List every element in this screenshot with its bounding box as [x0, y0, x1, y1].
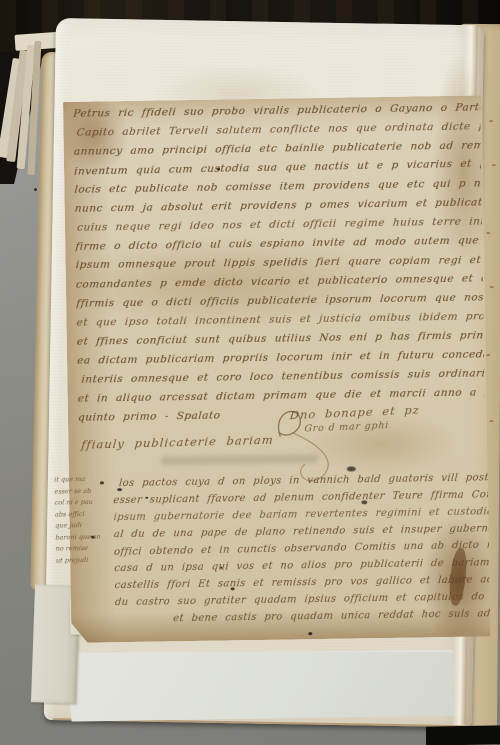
- margin-note: it que ma: [54, 473, 117, 486]
- margin-note: no remise: [55, 542, 118, 555]
- ink-speck: [486, 232, 490, 234]
- margin-note: que judi: [55, 519, 118, 532]
- margin-note: col ni e pau: [54, 496, 117, 509]
- margin-notes: it que maesser se abcol ni e pauabs offi…: [54, 473, 118, 566]
- ink-blot: [34, 188, 37, 191]
- ink-speck: [492, 164, 496, 166]
- ink-blot: [145, 497, 148, 499]
- ink-blot: [231, 587, 235, 590]
- ink-speck: [486, 354, 490, 356]
- ink-blot: [220, 567, 222, 569]
- ink-speck: [490, 286, 494, 288]
- ink-speck: [490, 420, 494, 422]
- lower-text-block: los pactos cuya d on ploys in vannich ba…: [113, 469, 490, 628]
- loose-bottom-sheet: [66, 648, 457, 725]
- margin-note: ut prejudi: [55, 554, 118, 567]
- ink-blot: [308, 632, 312, 635]
- manuscript-photograph: Petrus ric ffideli suo probo viralis pub…: [0, 0, 500, 745]
- ink-speck: [489, 120, 493, 122]
- ink-blot: [217, 168, 220, 171]
- main-text-block: Petrus ric ffideli suo probo viralis pub…: [73, 98, 485, 427]
- ink-blot: [361, 500, 367, 504]
- black-corner-patch: [426, 725, 500, 745]
- side-note: Dno bonape et pz Gro d mar gphi: [289, 403, 420, 436]
- written-leaf: Petrus ric ffideli suo probo viralis pub…: [63, 95, 490, 643]
